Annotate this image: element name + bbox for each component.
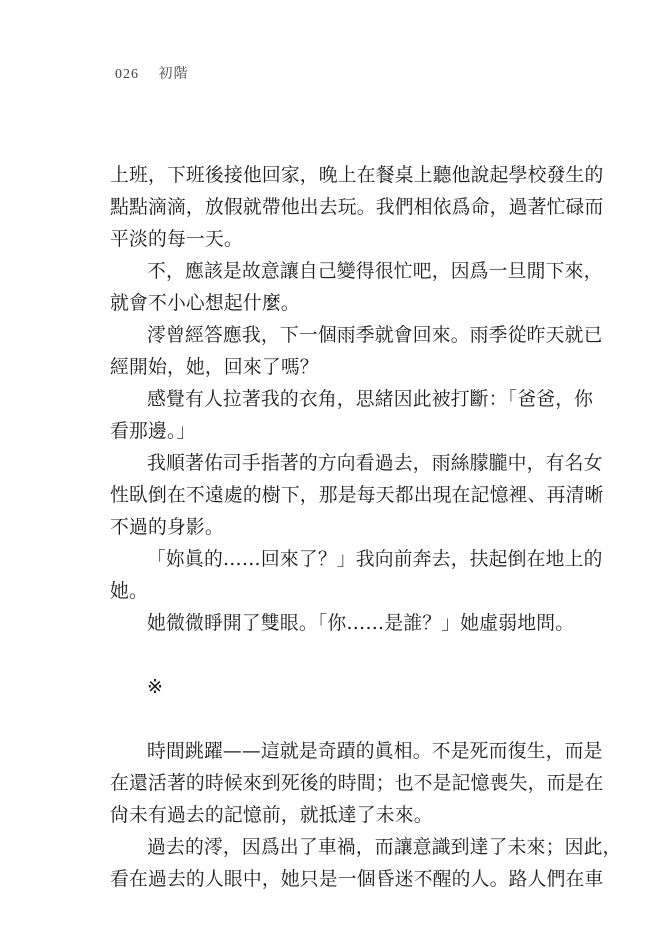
section-break-mark: ※	[110, 672, 562, 704]
text-line: 時間跳躍——這就是奇蹟的眞相。不是死而復生，而是	[110, 736, 562, 768]
text-line: 尙未有過去的記憶前，就抵達了未來。	[110, 800, 562, 832]
text-line: 經開始，她，回來了嗎？	[110, 352, 562, 384]
text-line: 在還活著的時候來到死後的時間；也不是記憶喪失，而是在	[110, 768, 562, 800]
text-line: 性臥倒在不遠處的樹下，那是每天都出現在記憶裡、再清晰	[110, 480, 562, 512]
text-line: 「妳眞的……回來了？」我向前奔去，扶起倒在地上的	[110, 544, 562, 576]
text-line: 不，應該是故意讓自己變得很忙吧，因爲一旦閒下來，	[110, 256, 562, 288]
text-line: 她微微睜開了雙眼。「你……是誰？」她虛弱地問。	[110, 608, 562, 640]
blank-line	[110, 640, 562, 672]
text-line: 澪曾經答應我，下一個雨季就會回來。雨季從昨天就已	[110, 320, 562, 352]
blank-line	[110, 704, 562, 736]
text-line: 平淡的每一天。	[110, 224, 562, 256]
text-line: 看在過去的人眼中，她只是一個昏迷不醒的人。路人們在車	[110, 864, 562, 896]
text-line: 我順著佑司手指著的方向看過去，雨絲朦朧中，有名女	[110, 448, 562, 480]
text-line: 過去的澪，因爲出了車禍，而讓意識到達了未來；因此，	[110, 832, 562, 864]
section-title: 初階	[158, 66, 188, 82]
page-number: 026	[115, 67, 139, 82]
text-line: 感覺有人拉著我的衣角，思緒因此被打斷：「爸爸，你	[110, 384, 562, 416]
running-header: 026 初階	[115, 63, 188, 83]
text-line: 她。	[110, 576, 562, 608]
text-line: 上班，下班後接他回家，晚上在餐桌上聽他說起學校發生的	[110, 160, 562, 192]
body-text: 上班，下班後接他回家，晚上在餐桌上聽他說起學校發生的 點點滴滴，放假就帶他出去玩…	[110, 160, 562, 896]
text-line: 點點滴滴，放假就帶他出去玩。我們相依爲命，過著忙碌而	[110, 192, 562, 224]
text-line: 不過的身影。	[110, 512, 562, 544]
text-line: 就會不小心想起什麼。	[110, 288, 562, 320]
text-line: 看那邊。」	[110, 416, 562, 448]
